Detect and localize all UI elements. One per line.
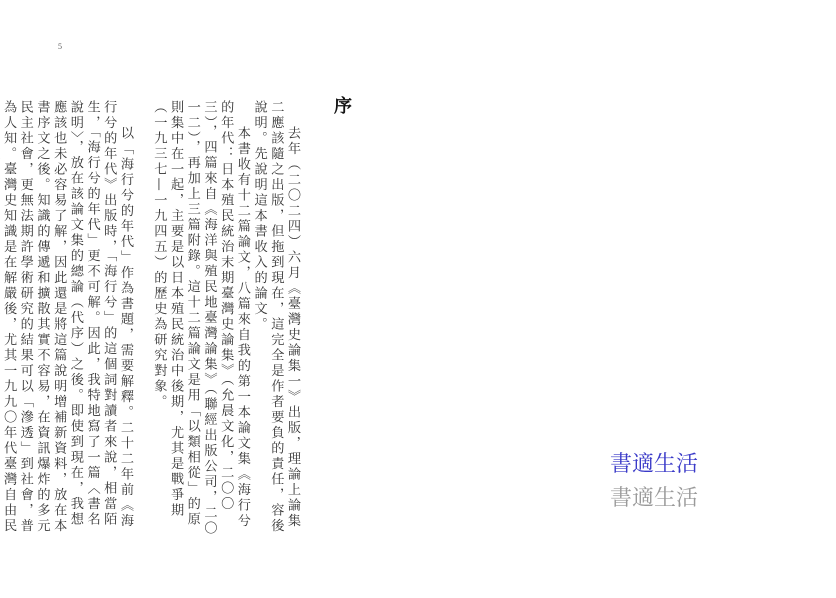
page-number: 5 [58, 42, 62, 51]
page-title: 序 [328, 96, 354, 114]
paragraph-2: 本書收有十二篇論文，八篇來自我的第一本論文集《海行兮的年代：日本殖民統治末期臺灣… [150, 100, 250, 540]
watermark-primary: 書適生活 [610, 447, 698, 478]
paragraph-3: 以「海行兮的年代」作為書題，需要解釋。二十二年前《海行兮的年代》出版時，「海行兮… [0, 100, 133, 540]
body-text: 去年（二〇二四）六月《臺灣史論集一》出版，理論上論集二應該隨之出版，但拖到現在，… [0, 100, 300, 540]
watermark-secondary: 書適生活 [610, 481, 698, 512]
paragraph-1: 去年（二〇二四）六月《臺灣史論集一》出版，理論上論集二應該隨之出版，但拖到現在，… [250, 100, 300, 540]
